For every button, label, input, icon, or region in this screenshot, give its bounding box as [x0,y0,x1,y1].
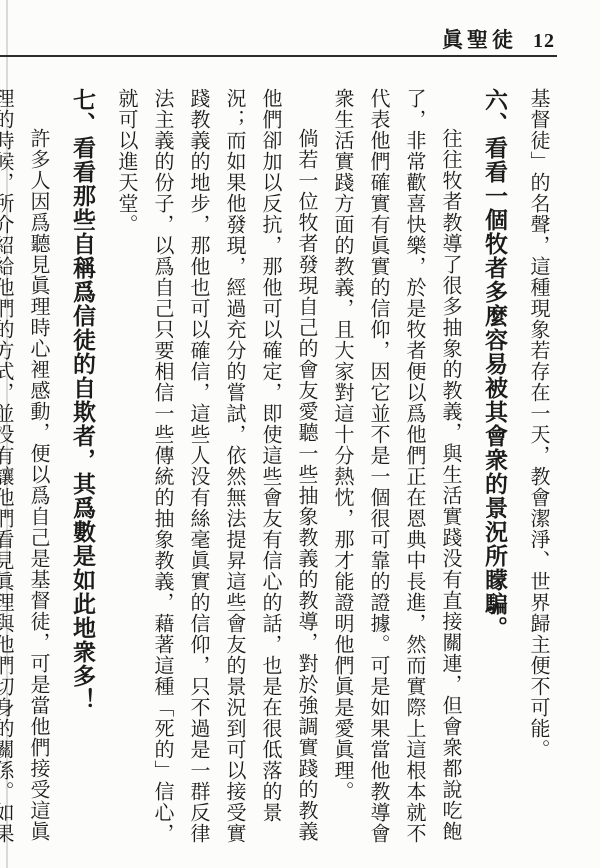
book-title: 眞聖徒 [442,24,517,54]
section-heading-7: 七、看看那些自稱爲信徒的自欺者，其爲數是如此地衆多！ [61,88,103,860]
paragraph-continuation: 基督徒」的名聲，這種現象若存在一天，教會潔淨、世界歸主便不可能。 [520,88,556,860]
section-heading-6: 六、看看一個牧者多麼容易被其會衆的景況所矇騙。 [473,88,515,860]
running-header: 眞聖徒 12 [442,24,555,54]
page-number: 12 [533,30,555,53]
paragraph: 許多人因爲聽見眞理時心裡感動，便以爲自己是基督徒，可是當他們接受這眞理的時候，所… [0,88,56,860]
paragraph: 往往牧者教導了很多抽象的教義，與生活實踐没有直接關連，但會衆都說吃飽了，非常歡喜… [324,88,468,860]
book-page-scan: 眞聖徒 12 基督徒」的名聲，這種現象若存在一天，教會潔淨、世界歸主便不可能。 … [0,0,600,868]
page-body-text: 基督徒」的名聲，這種現象若存在一天，教會潔淨、世界歸主便不可能。 六、看看一個牧… [0,88,556,860]
header-rule [0,55,557,57]
paragraph: 倘若一位牧者發現自己的會友愛聽一些抽象教義的教導，對於強調實踐的教義他們卻加以反… [108,88,324,860]
